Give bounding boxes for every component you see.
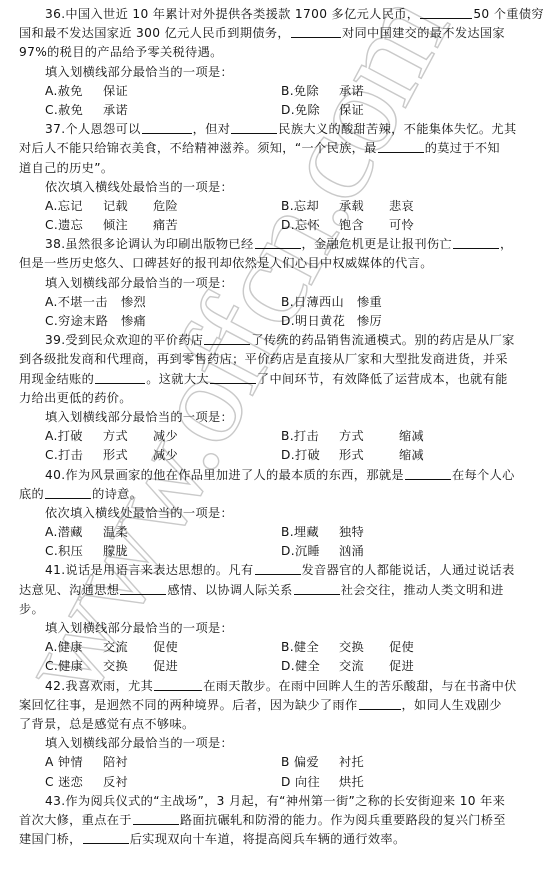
- text: 在雨天散步。在雨中回眸人生的苦乐酸甜，与在书斋中伏: [203, 679, 516, 693]
- option-label: C.健康: [45, 657, 103, 676]
- answer-blank: [453, 235, 499, 249]
- answer-blank: [142, 120, 192, 134]
- question-prompt: 填入划横线部分最恰当的一项是：: [19, 619, 535, 638]
- option-word: 温柔: [103, 523, 153, 542]
- option-label: B 偏爱: [281, 753, 339, 772]
- question-42: 42.我喜欢雨，尤其在雨天散步。在雨中回眸人生的苦乐酸甜，与在书斋中伏 案回忆往…: [19, 677, 535, 792]
- text: 39.受到民众欢迎的平价药店: [45, 333, 203, 347]
- options-row: C.穷途末路惨痛 D.明日黄花惨厉: [19, 312, 535, 331]
- option-word: 促使: [389, 638, 439, 657]
- option-word: 惨烈: [121, 293, 171, 312]
- option-label: B.免除: [281, 82, 339, 101]
- question-text-line: 39.受到民众欢迎的平价药店了传统的药品销售流通模式。别的药店是从厂家: [19, 331, 535, 350]
- option-label: B.埋藏: [281, 523, 339, 542]
- option-label: D 向往: [281, 773, 339, 792]
- question-text-line: 达意见、沟通思想感情、以协调人际关系社会交往，推动人类文明和进: [19, 581, 535, 600]
- option-d[interactable]: D.健全交流促进: [281, 657, 439, 676]
- text: 。这就大大: [146, 372, 209, 386]
- question-text-line: 41.说话是用语言来表达思想的。凡有发音器官的人都能说话，人通过说话表: [19, 561, 535, 580]
- option-word: 方式: [339, 427, 399, 446]
- option-word: 危险: [153, 197, 203, 216]
- text: 达意见、沟通思想: [19, 583, 119, 597]
- question-text-line: 首次大修，重点在于路面抗碾轧和防滑的能力。作为阅兵重要路段的复兴门桥至: [19, 811, 535, 830]
- options-row: C.健康交换促进 D.健全交流促进: [19, 657, 535, 676]
- option-word: 保证: [103, 82, 153, 101]
- option-label: D.免除: [281, 101, 339, 120]
- option-word: 惨痛: [121, 312, 171, 331]
- option-label: B.忘却: [281, 197, 339, 216]
- option-b[interactable]: B.免除承诺: [281, 82, 389, 101]
- option-word: 惨厉: [357, 312, 407, 331]
- question-text-line: 用现金结账的。这就大大了中间环节，有效降低了运营成本，也就有能: [19, 370, 535, 389]
- question-text-line: 道自己的历史”。: [19, 159, 535, 178]
- option-label: A.忘记: [45, 197, 103, 216]
- question-text-line: 国和最不发达国家近 300 亿元人民币到期债务，对同中国建交的最不发达国家: [19, 24, 535, 43]
- option-word: 记载: [103, 197, 153, 216]
- option-word: 可怜: [389, 216, 439, 235]
- text: 41.说话是用语言来表达思想的。凡有: [45, 563, 254, 577]
- option-label: B.健全: [281, 638, 339, 657]
- option-label: A.不堪一击: [45, 293, 121, 312]
- question-prompt: 依次填入横线处最恰当的一项是：: [19, 178, 535, 197]
- answer-blank: [154, 677, 202, 691]
- option-a[interactable]: A.打破方式减少: [45, 427, 281, 446]
- option-word: 交换: [103, 657, 153, 676]
- option-word: 惨重: [357, 293, 407, 312]
- option-label: C.积压: [45, 542, 103, 561]
- option-label: A.潜藏: [45, 523, 103, 542]
- option-word: 减少: [153, 427, 203, 446]
- option-word: 缩减: [399, 446, 449, 465]
- question-prompt: 填入划横线部分最恰当的一项是：: [19, 408, 535, 427]
- option-word: 承诺: [103, 101, 153, 120]
- option-d[interactable]: D.打破形式缩减: [281, 446, 449, 465]
- option-b[interactable]: B.日薄西山惨重: [281, 293, 407, 312]
- text: 国和最不发达国家近 300 亿元人民币到期债务，: [19, 26, 290, 40]
- question-text-line: 案回忆往事，是迥然不同的两种境界。后者，因为缺少了雨作，如同人生戏剧少: [19, 696, 535, 715]
- option-word: 方式: [103, 427, 153, 446]
- options-row: A.健康交流促使 B.健全交换促使: [19, 638, 535, 657]
- option-label: C.赦免: [45, 101, 103, 120]
- question-36: 36.中国入世近 10 年累计对外提供各类援款 1700 多亿元人民币，50 个…: [19, 5, 535, 120]
- option-a[interactable]: A.潜藏温柔: [45, 523, 281, 542]
- option-label: A.赦免: [45, 82, 103, 101]
- options-row: C.打击形式减少 D.打破形式缩减: [19, 446, 535, 465]
- question-document: 36.中国入世近 10 年累计对外提供各类援款 1700 多亿元人民币，50 个…: [19, 5, 535, 849]
- option-label: D.健全: [281, 657, 339, 676]
- option-word: 形式: [103, 446, 153, 465]
- text: 38.虽然很多论调认为印刷出版物已经: [45, 237, 254, 251]
- answer-blank: [120, 581, 166, 595]
- option-b[interactable]: B.忘却承载悲哀: [281, 197, 439, 216]
- text: 用现金结账的: [19, 372, 94, 386]
- text: 后实现双向十车道，将提高阅兵车辆的通行效率。: [130, 832, 406, 846]
- answer-blank: [83, 830, 129, 844]
- option-b[interactable]: B.打击方式缩减: [281, 427, 449, 446]
- option-label: B.日薄西山: [281, 293, 357, 312]
- option-word: 促进: [153, 657, 203, 676]
- text: ，但对: [193, 122, 231, 136]
- text: 的诗意。: [92, 487, 142, 501]
- answer-blank: [359, 696, 401, 710]
- question-text-line: 38.虽然很多论调认为印刷出版物已经，金融危机更是让报刊伤亡，: [19, 235, 535, 254]
- option-label: D.打破: [281, 446, 339, 465]
- option-word: 汹涌: [339, 542, 389, 561]
- text: 40.作为风景画家的他在作品里加进了人的最本质的东西，那就是: [45, 468, 404, 482]
- option-word: 促进: [389, 657, 439, 676]
- question-text-line: 36.中国入世近 10 年累计对外提供各类援款 1700 多亿元人民币，50 个…: [19, 5, 535, 24]
- text: 43.作为阅兵仪式的“主战场”，3 月起，有“神州第一街”之称的长安街迎来 10…: [45, 794, 505, 808]
- question-text-line: 步。: [19, 600, 535, 619]
- question-text-line: 对后人不能只给锦衣美食，不给精神滋养。须知，“一个民族，最的莫过于不知: [19, 139, 535, 158]
- option-word: 倾注: [103, 216, 153, 235]
- option-word: 饱含: [339, 216, 389, 235]
- options-row: C.积压朦胧 D.沉睡汹涌: [19, 542, 535, 561]
- option-b[interactable]: B.埋藏独特: [281, 523, 389, 542]
- option-word: 缩减: [399, 427, 449, 446]
- answer-blank: [420, 5, 472, 19]
- answer-blank: [231, 120, 277, 134]
- answer-blank: [210, 370, 256, 384]
- question-text-line: 40.作为风景画家的他在作品里加进了人的最本质的东西，那就是在每个人心: [19, 466, 535, 485]
- question-text-line: 了背景，总是感觉有点不够味。: [19, 715, 535, 734]
- option-word: 衬托: [339, 753, 389, 772]
- question-text-line: 97%的税目的产品给予零关税待遇。: [19, 43, 535, 62]
- option-label: C 迷恋: [45, 773, 103, 792]
- text: 42.我喜欢雨，尤其: [45, 679, 153, 693]
- text: 首次大修，重点在于: [19, 813, 132, 827]
- text: 案回忆往事，是迥然不同的两种境界。后者，因为缺少了雨作: [19, 698, 358, 712]
- option-word: 陪衬: [103, 753, 153, 772]
- answer-blank: [133, 811, 179, 825]
- options-row: A.不堪一击惨烈 B.日薄西山惨重: [19, 293, 535, 312]
- text: ，金融危机更是让报刊伤亡: [302, 237, 452, 251]
- text: ，如同人生戏剧少: [402, 698, 502, 712]
- text: 但是一些历史悠久、口碑甚好的报刊却依然是人们心目中权威媒体的代言。: [19, 256, 433, 270]
- question-text-line: 37.个人恩怨可以，但对民族大义的酸甜苦辣，不能集体失忆。尤其: [19, 120, 535, 139]
- options-row: A.打破方式减少 B.打击方式缩减: [19, 427, 535, 446]
- option-word: 朦胧: [103, 542, 153, 561]
- option-word: 承诺: [339, 82, 389, 101]
- question-37: 37.个人恩怨可以，但对民族大义的酸甜苦辣，不能集体失忆。尤其 对后人不能只给锦…: [19, 120, 535, 235]
- option-c[interactable]: C.遗忘倾注痛苦: [45, 216, 281, 235]
- text: 道自己的历史”。: [19, 161, 113, 175]
- option-a[interactable]: A.忘记记载危险: [45, 197, 281, 216]
- text: 了传统的药品销售流通模式。别的药店是从厂家: [251, 333, 514, 347]
- answer-blank: [45, 485, 91, 499]
- option-label: C.遗忘: [45, 216, 103, 235]
- text: 路面抗碾轧和防滑的能力。作为阅兵重要路段的复兴门桥至: [180, 813, 506, 827]
- options-row: A 钟情陪衬 B 偏爱衬托: [19, 753, 535, 772]
- answer-blank: [378, 139, 424, 153]
- question-text-line: 但是一些历史悠久、口碑甚好的报刊却依然是人们心目中权威媒体的代言。: [19, 254, 535, 273]
- option-word: 保证: [339, 101, 389, 120]
- answer-blank: [405, 466, 451, 480]
- options-row: C.遗忘倾注痛苦 D.忘怀饱含可怜: [19, 216, 535, 235]
- option-a[interactable]: A.健康交流促使: [45, 638, 281, 657]
- option-word: 承载: [339, 197, 389, 216]
- option-label: D.沉睡: [281, 542, 339, 561]
- option-c[interactable]: C.积压朦胧: [45, 542, 281, 561]
- option-d[interactable]: D.沉睡汹涌: [281, 542, 389, 561]
- option-a[interactable]: A.不堪一击惨烈: [45, 293, 281, 312]
- option-c[interactable]: C 迷恋反衬: [45, 773, 281, 792]
- question-prompt: 填入划横线部分最恰当的一项是：: [19, 274, 535, 293]
- question-text-line: 到各级批发商和代理商，再到零售药店；平价药店是直接从厂家和大型批发商进货，并采: [19, 350, 535, 369]
- question-text-line: 建国门桥，后实现双向十车道，将提高阅兵车辆的通行效率。: [19, 830, 535, 849]
- question-43: 43.作为阅兵仪式的“主战场”，3 月起，有“神州第一街”之称的长安街迎来 10…: [19, 792, 535, 850]
- text: ，: [500, 237, 513, 251]
- option-c[interactable]: C.打击形式减少: [45, 446, 281, 465]
- option-label: D.明日黄花: [281, 312, 357, 331]
- question-prompt: 填入划横线部分最恰当的一项是：: [19, 63, 535, 82]
- text: 到各级批发商和代理商，再到零售药店；平价药店是直接从厂家和大型批发商进货，并采: [19, 352, 508, 366]
- text: 底的: [19, 487, 44, 501]
- text: 感情、以协调人际关系: [167, 583, 292, 597]
- text: 民族大义的酸甜苦辣，不能集体失忆。尤其: [278, 122, 516, 136]
- text: 社会交往，推动人类文明和进: [341, 583, 504, 597]
- text: 37.个人恩怨可以: [45, 122, 141, 136]
- option-word: 独特: [339, 523, 389, 542]
- answer-blank: [294, 581, 340, 595]
- option-word: 形式: [339, 446, 399, 465]
- option-c[interactable]: C.健康交换促进: [45, 657, 281, 676]
- option-d[interactable]: D.明日黄花惨厉: [281, 312, 407, 331]
- option-word: 反衬: [103, 773, 153, 792]
- option-d[interactable]: D.忘怀饱含可怜: [281, 216, 439, 235]
- question-text-line: 42.我喜欢雨，尤其在雨天散步。在雨中回眸人生的苦乐酸甜，与在书斋中伏: [19, 677, 535, 696]
- answer-blank: [255, 235, 301, 249]
- question-41: 41.说话是用语言来表达思想的。凡有发音器官的人都能说话，人通过说话表 达意见、…: [19, 561, 535, 676]
- question-text-line: 底的的诗意。: [19, 485, 535, 504]
- option-word: 交流: [103, 638, 153, 657]
- question-38: 38.虽然很多论调认为印刷出版物已经，金融危机更是让报刊伤亡， 但是一些历史悠久…: [19, 235, 535, 331]
- answer-blank: [291, 24, 341, 38]
- text: 建国门桥，: [19, 832, 82, 846]
- question-prompt: 填入划横线部分最恰当的一项是：: [19, 734, 535, 753]
- text: 发音器官的人都能说话，人通过说话表: [302, 563, 515, 577]
- question-39: 39.受到民众欢迎的平价药店了传统的药品销售流通模式。别的药店是从厂家 到各级批…: [19, 331, 535, 465]
- option-label: B.打击: [281, 427, 339, 446]
- option-label: C.穷途末路: [45, 312, 121, 331]
- text: 力给出更低的药价。: [19, 391, 132, 405]
- text: 步。: [19, 602, 44, 616]
- question-40: 40.作为风景画家的他在作品里加进了人的最本质的东西，那就是在每个人心 底的的诗…: [19, 466, 535, 562]
- option-word: 烘托: [339, 773, 389, 792]
- text: 50 个重债穷: [473, 7, 544, 21]
- option-label: A 钟情: [45, 753, 103, 772]
- text: 对后人不能只给锦衣美食，不给精神滋养。须知，“一个民族，最: [19, 141, 377, 155]
- option-c[interactable]: C.赦免承诺: [45, 101, 281, 120]
- exam-page: www.offcn.com 36.中国入世近 10 年累计对外提供各类援款 17…: [0, 0, 550, 869]
- options-row: A.忘记记载危险 B.忘却承载悲哀: [19, 197, 535, 216]
- text: 在每个人心: [452, 468, 515, 482]
- option-word: 交流: [339, 657, 389, 676]
- options-row: C 迷恋反衬 D 向往烘托: [19, 773, 535, 792]
- answer-blank: [95, 370, 145, 384]
- option-word: 悲哀: [389, 197, 439, 216]
- option-label: A.打破: [45, 427, 103, 446]
- text: 97%的税目的产品给予零关税待遇。: [19, 45, 223, 59]
- text: 对同中国建交的最不发达国家: [342, 26, 505, 40]
- options-row: C.赦免承诺 D.免除保证: [19, 101, 535, 120]
- option-word: 痛苦: [153, 216, 203, 235]
- text: 的莫过于不知: [425, 141, 500, 155]
- option-a[interactable]: A 钟情陪衬: [45, 753, 281, 772]
- question-text-line: 43.作为阅兵仪式的“主战场”，3 月起，有“神州第一街”之称的长安街迎来 10…: [19, 792, 535, 811]
- text: 了背景，总是感觉有点不够味。: [19, 717, 195, 731]
- option-a[interactable]: A.赦免保证: [45, 82, 281, 101]
- option-b[interactable]: B.健全交换促使: [281, 638, 439, 657]
- answer-blank: [255, 561, 301, 575]
- option-c[interactable]: C.穷途末路惨痛: [45, 312, 281, 331]
- option-b[interactable]: B 偏爱衬托: [281, 753, 389, 772]
- text: 了中间环节，有效降低了运营成本，也就有能: [257, 372, 508, 386]
- text: 36.中国入世近 10 年累计对外提供各类援款 1700 多亿元人民币，: [45, 7, 419, 21]
- answer-blank: [204, 331, 250, 345]
- question-text-line: 力给出更低的药价。: [19, 389, 535, 408]
- option-d[interactable]: D 向往烘托: [281, 773, 389, 792]
- option-word: 促使: [153, 638, 203, 657]
- options-row: A.潜藏温柔 B.埋藏独特: [19, 523, 535, 542]
- option-label: A.健康: [45, 638, 103, 657]
- question-prompt: 依次填入横线处最恰当的一项是：: [19, 504, 535, 523]
- option-word: 交换: [339, 638, 389, 657]
- option-label: D.忘怀: [281, 216, 339, 235]
- options-row: A.赦免保证 B.免除承诺: [19, 82, 535, 101]
- option-word: 减少: [153, 446, 203, 465]
- option-d[interactable]: D.免除保证: [281, 101, 389, 120]
- option-label: C.打击: [45, 446, 103, 465]
